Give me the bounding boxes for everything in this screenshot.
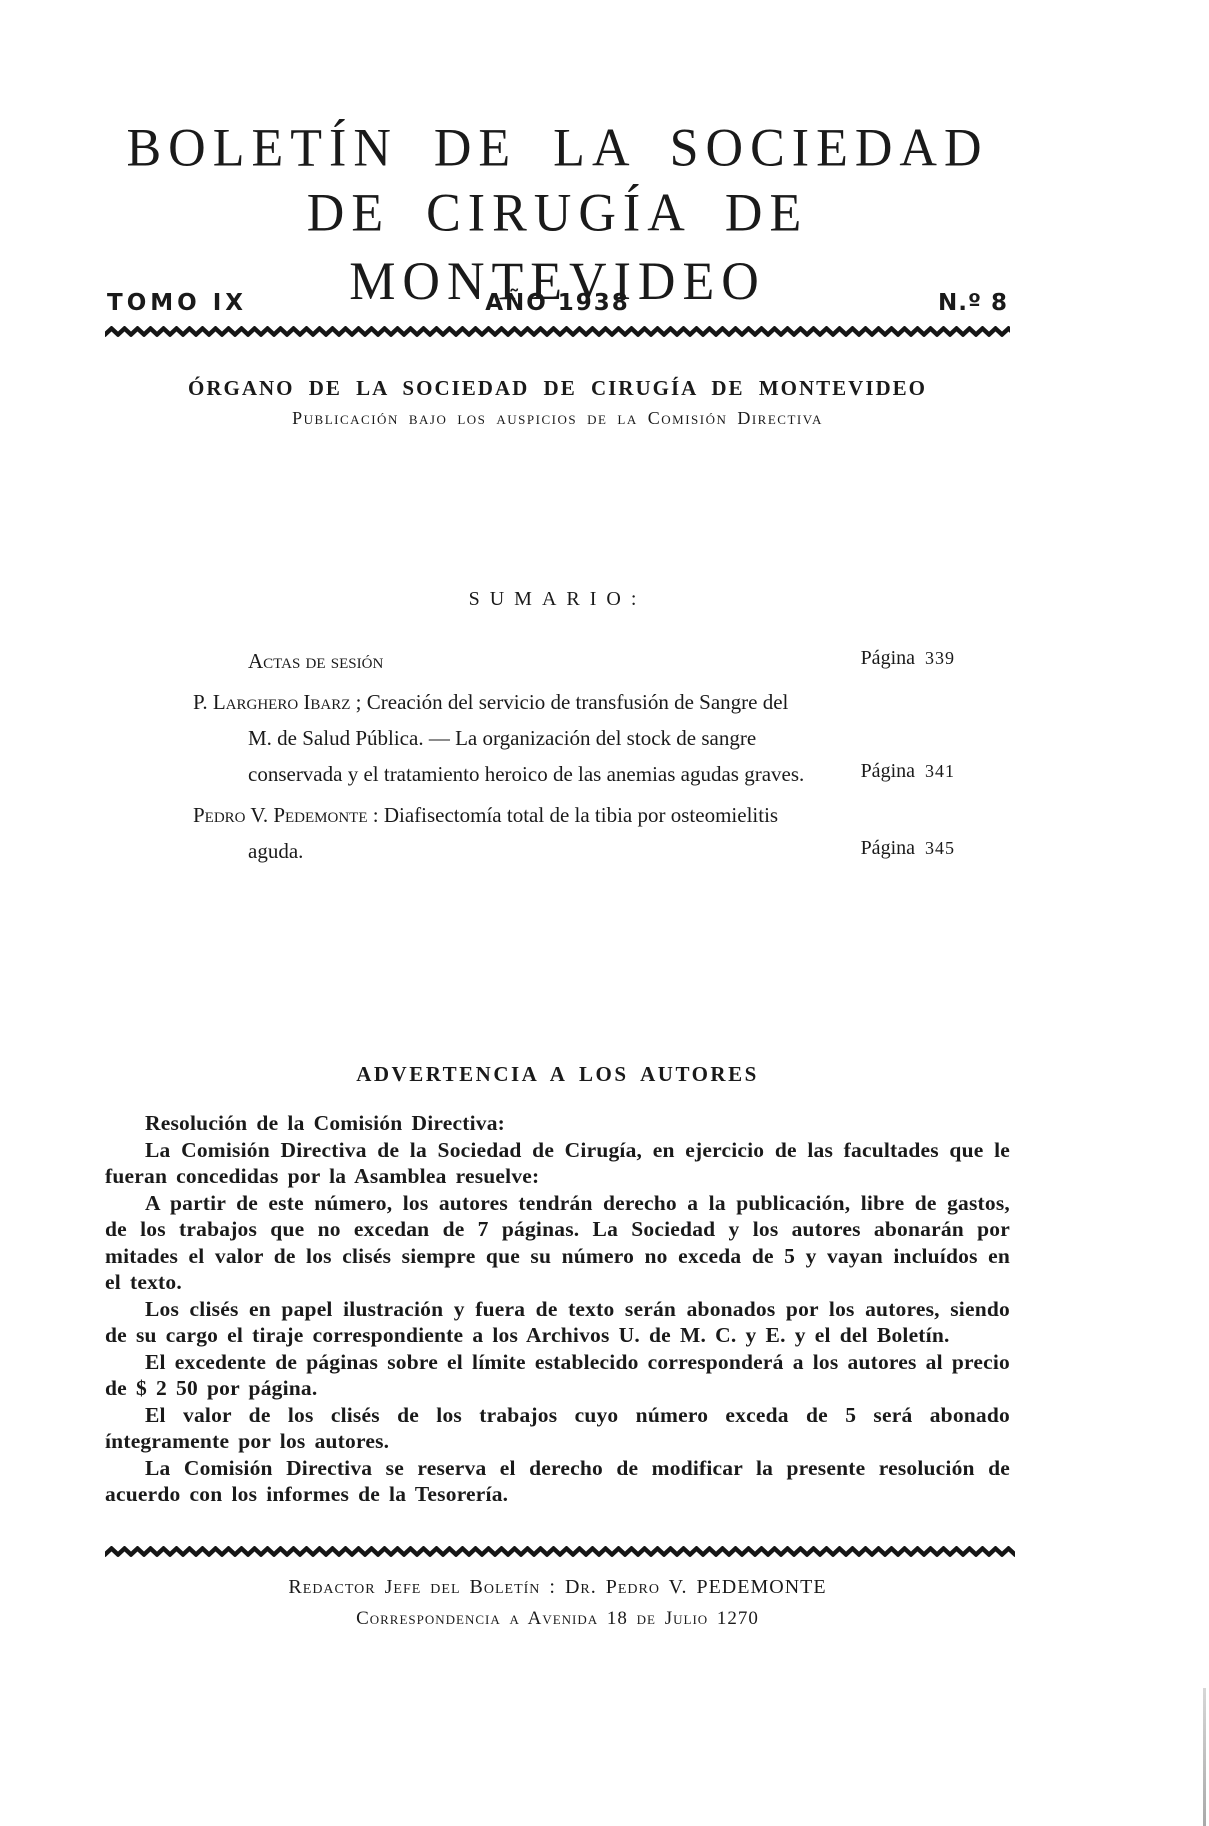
toc-entry-text: Actas de sesión (193, 643, 813, 679)
wavy-rule-top (105, 326, 1010, 338)
advertencia-paragraph: A partir de este número, los autores ten… (105, 1190, 1010, 1296)
toc-entry-larghero: P. Larghero Ibarz ; Creación del servici… (193, 684, 955, 792)
advertencia-paragraph: Resolución de la Comisión Directiva: (105, 1110, 1010, 1137)
sumario-heading: SUMARIO: (469, 588, 647, 611)
page-word: Página (861, 837, 915, 859)
toc-page-ref: Página341 (861, 753, 955, 789)
toc-entry-text: Pedro V. Pedemonte : Diafisectomía total… (193, 797, 813, 869)
toc-page-ref: Página339 (861, 640, 955, 676)
toc-page-ref: Página345 (861, 830, 955, 866)
organ-line: ÓRGANO DE LA SOCIEDAD DE CIRUGÍA DE MONT… (188, 376, 927, 401)
page-word: Página (861, 647, 915, 669)
masthead-tomo: TOMO IX (107, 290, 247, 316)
toc-entry-pedemonte: Pedro V. Pedemonte : Diafisectomía total… (193, 797, 955, 869)
masthead-numero: N.º 8 (938, 290, 1008, 316)
scanned-page: BOLETÍN DE LA SOCIEDAD DE CIRUGÍA DE MON… (105, 0, 1010, 1826)
toc-entry-author: P. Larghero Ibarz ; (193, 690, 362, 714)
toc-entry-author: Actas de sesión (248, 649, 383, 673)
journal-title-line1: BOLETÍN DE LA SOCIEDAD (105, 115, 1010, 184)
scan-edge-artifact (1203, 1688, 1206, 1826)
publication-line: Publicación bajo los auspicios de la Com… (292, 408, 823, 429)
wavy-rule-bottom (105, 1546, 1015, 1558)
page-number: 339 (925, 648, 955, 668)
advertencia-paragraph: La Comisión Directiva de la Sociedad de … (105, 1137, 1010, 1190)
advertencia-paragraph: El excedente de páginas sobre el límite … (105, 1349, 1010, 1402)
toc-entry-text: P. Larghero Ibarz ; Creación del servici… (193, 684, 813, 792)
footer-editor-line: Redactor Jefe del Boletín : Dr. Pedro V.… (288, 1576, 826, 1599)
page-word: Página (861, 760, 915, 782)
sumario-list: Actas de sesión Página339 P. Larghero Ib… (193, 643, 955, 874)
page-number: 341 (925, 761, 955, 781)
toc-entry-actas: Actas de sesión Página339 (193, 643, 955, 679)
advertencia-paragraph: Los clisés en papel ilustración y fuera … (105, 1296, 1010, 1349)
masthead-ano: AÑO 1938 (485, 290, 630, 316)
page-number: 345 (925, 838, 955, 858)
journal-title: BOLETÍN DE LA SOCIEDAD DE CIRUGÍA DE MON… (105, 116, 1010, 314)
masthead-row: TOMO IX AÑO 1938 N.º 8 (105, 290, 1010, 320)
advertencia-heading: ADVERTENCIA A LOS AUTORES (356, 1062, 759, 1087)
footer-address-line: Correspondencia a Avenida 18 de Julio 12… (356, 1608, 759, 1630)
advertencia-paragraph: La Comisión Directiva se reserva el dere… (105, 1455, 1010, 1508)
advertencia-body: Resolución de la Comisión Directiva: La … (105, 1110, 1010, 1508)
toc-entry-author: Pedro V. Pedemonte : (193, 803, 379, 827)
advertencia-paragraph: El valor de los clisés de los trabajos c… (105, 1402, 1010, 1455)
